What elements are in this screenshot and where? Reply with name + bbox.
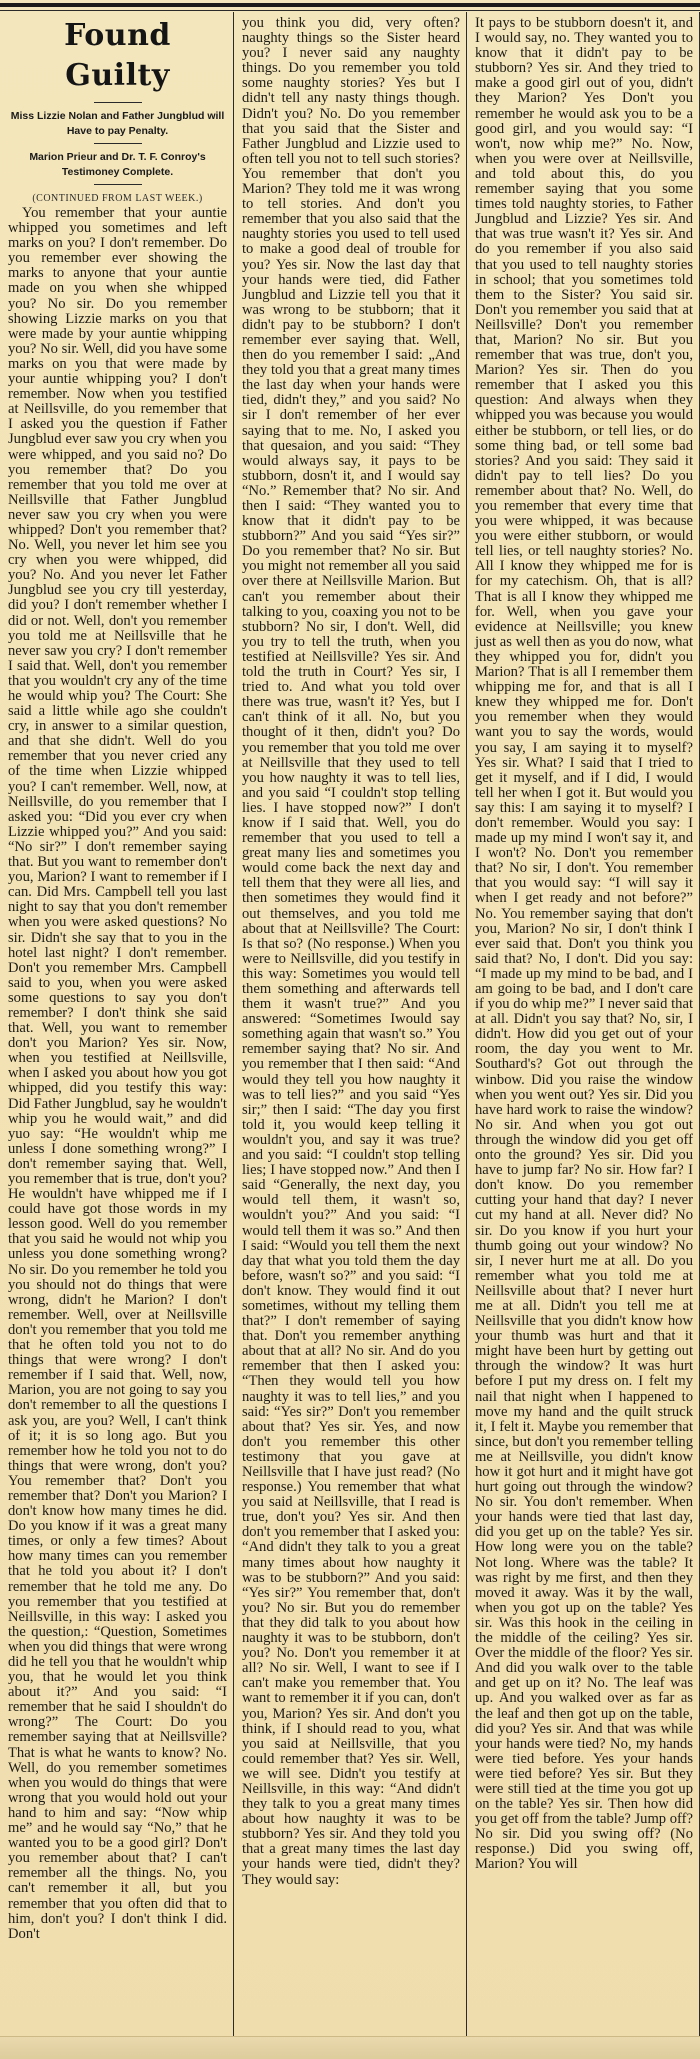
headline: Found Guilty — [8, 16, 227, 96]
column-3-text: It pays to be stubborn doesn't it, and I… — [475, 16, 693, 1873]
column-1: Found Guilty Miss Lizzie Nolan and Fathe… — [0, 12, 233, 2042]
top-thick-rule — [0, 3, 700, 7]
newspaper-page: Found Guilty Miss Lizzie Nolan and Fathe… — [0, 0, 700, 2059]
column-2: you think you did, very often? naughty t… — [233, 12, 466, 2042]
column-2-text: you think you did, very often? naughty t… — [242, 16, 460, 1888]
subheading-2: Marion Prieur and Dr. T. F. Conroy's Tes… — [8, 150, 227, 180]
top-thin-rule — [0, 10, 700, 11]
headline-divider — [94, 102, 142, 103]
subheading-1: Miss Lizzie Nolan and Father Jungblud wi… — [8, 109, 227, 139]
column-3: It pays to be stubborn doesn't it, and I… — [466, 12, 700, 2042]
subheading-divider — [94, 143, 142, 144]
continued-note: (CONTINUED FROM LAST WEEK.) — [8, 193, 227, 204]
column-1-text: You remember that your auntie whipped yo… — [8, 206, 227, 1942]
page-bottom-edge — [0, 2036, 700, 2059]
continued-divider — [94, 184, 142, 185]
article-columns: Found Guilty Miss Lizzie Nolan and Fathe… — [0, 12, 700, 2042]
